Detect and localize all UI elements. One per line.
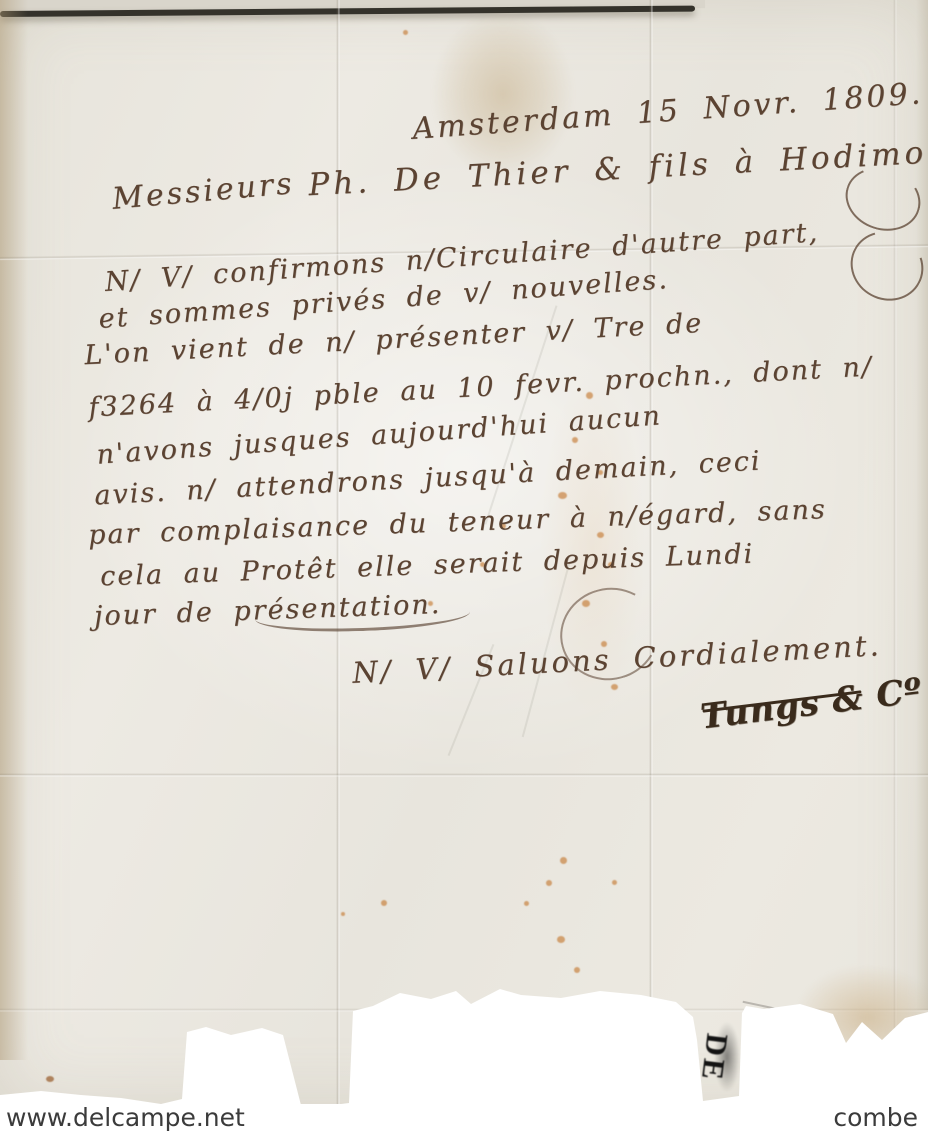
letter-paper: Amsterdam 15 Novr. 1809. Messieurs Ph. D… xyxy=(0,0,928,1108)
stain-dot xyxy=(612,880,617,885)
stain-dot xyxy=(524,901,529,906)
horizontal-fold-crease xyxy=(0,773,928,777)
signature: Tungs & Cº xyxy=(698,671,924,738)
ink-flourish xyxy=(838,219,928,314)
watermark-bar: www.delcampe.net combe xyxy=(0,1104,928,1132)
stain-dot xyxy=(572,437,578,443)
stain-dot xyxy=(546,880,552,886)
watermark-url: www.delcampe.net xyxy=(6,1104,245,1131)
left-edge-shading xyxy=(0,0,28,1060)
horizontal-fold-crease xyxy=(0,1008,928,1012)
stain-dot xyxy=(381,900,387,906)
seal-stain xyxy=(432,10,574,178)
bottom-right-stain xyxy=(795,965,928,1070)
watermark-seller-name: combe xyxy=(833,1104,918,1131)
stain-dot xyxy=(557,936,565,943)
stain-dot xyxy=(574,967,580,973)
stain-dot xyxy=(558,492,567,499)
postal-stamp-scrap: DE xyxy=(688,1018,746,1100)
postal-stamp-fragment: DE xyxy=(694,1031,736,1084)
scanned-letter-image: Amsterdam 15 Novr. 1809. Messieurs Ph. D… xyxy=(0,0,928,1132)
salutation-greeting: Messieurs xyxy=(111,166,296,217)
stain-dot xyxy=(611,684,618,690)
stain-dot xyxy=(560,857,567,864)
stain-dot xyxy=(46,1076,54,1082)
pencil-mark xyxy=(749,1024,802,1043)
stain-dot xyxy=(403,30,408,35)
salutation-addressee: Ph. De Thier & fils à Hodimont xyxy=(308,133,928,203)
stain-dot xyxy=(341,912,345,916)
